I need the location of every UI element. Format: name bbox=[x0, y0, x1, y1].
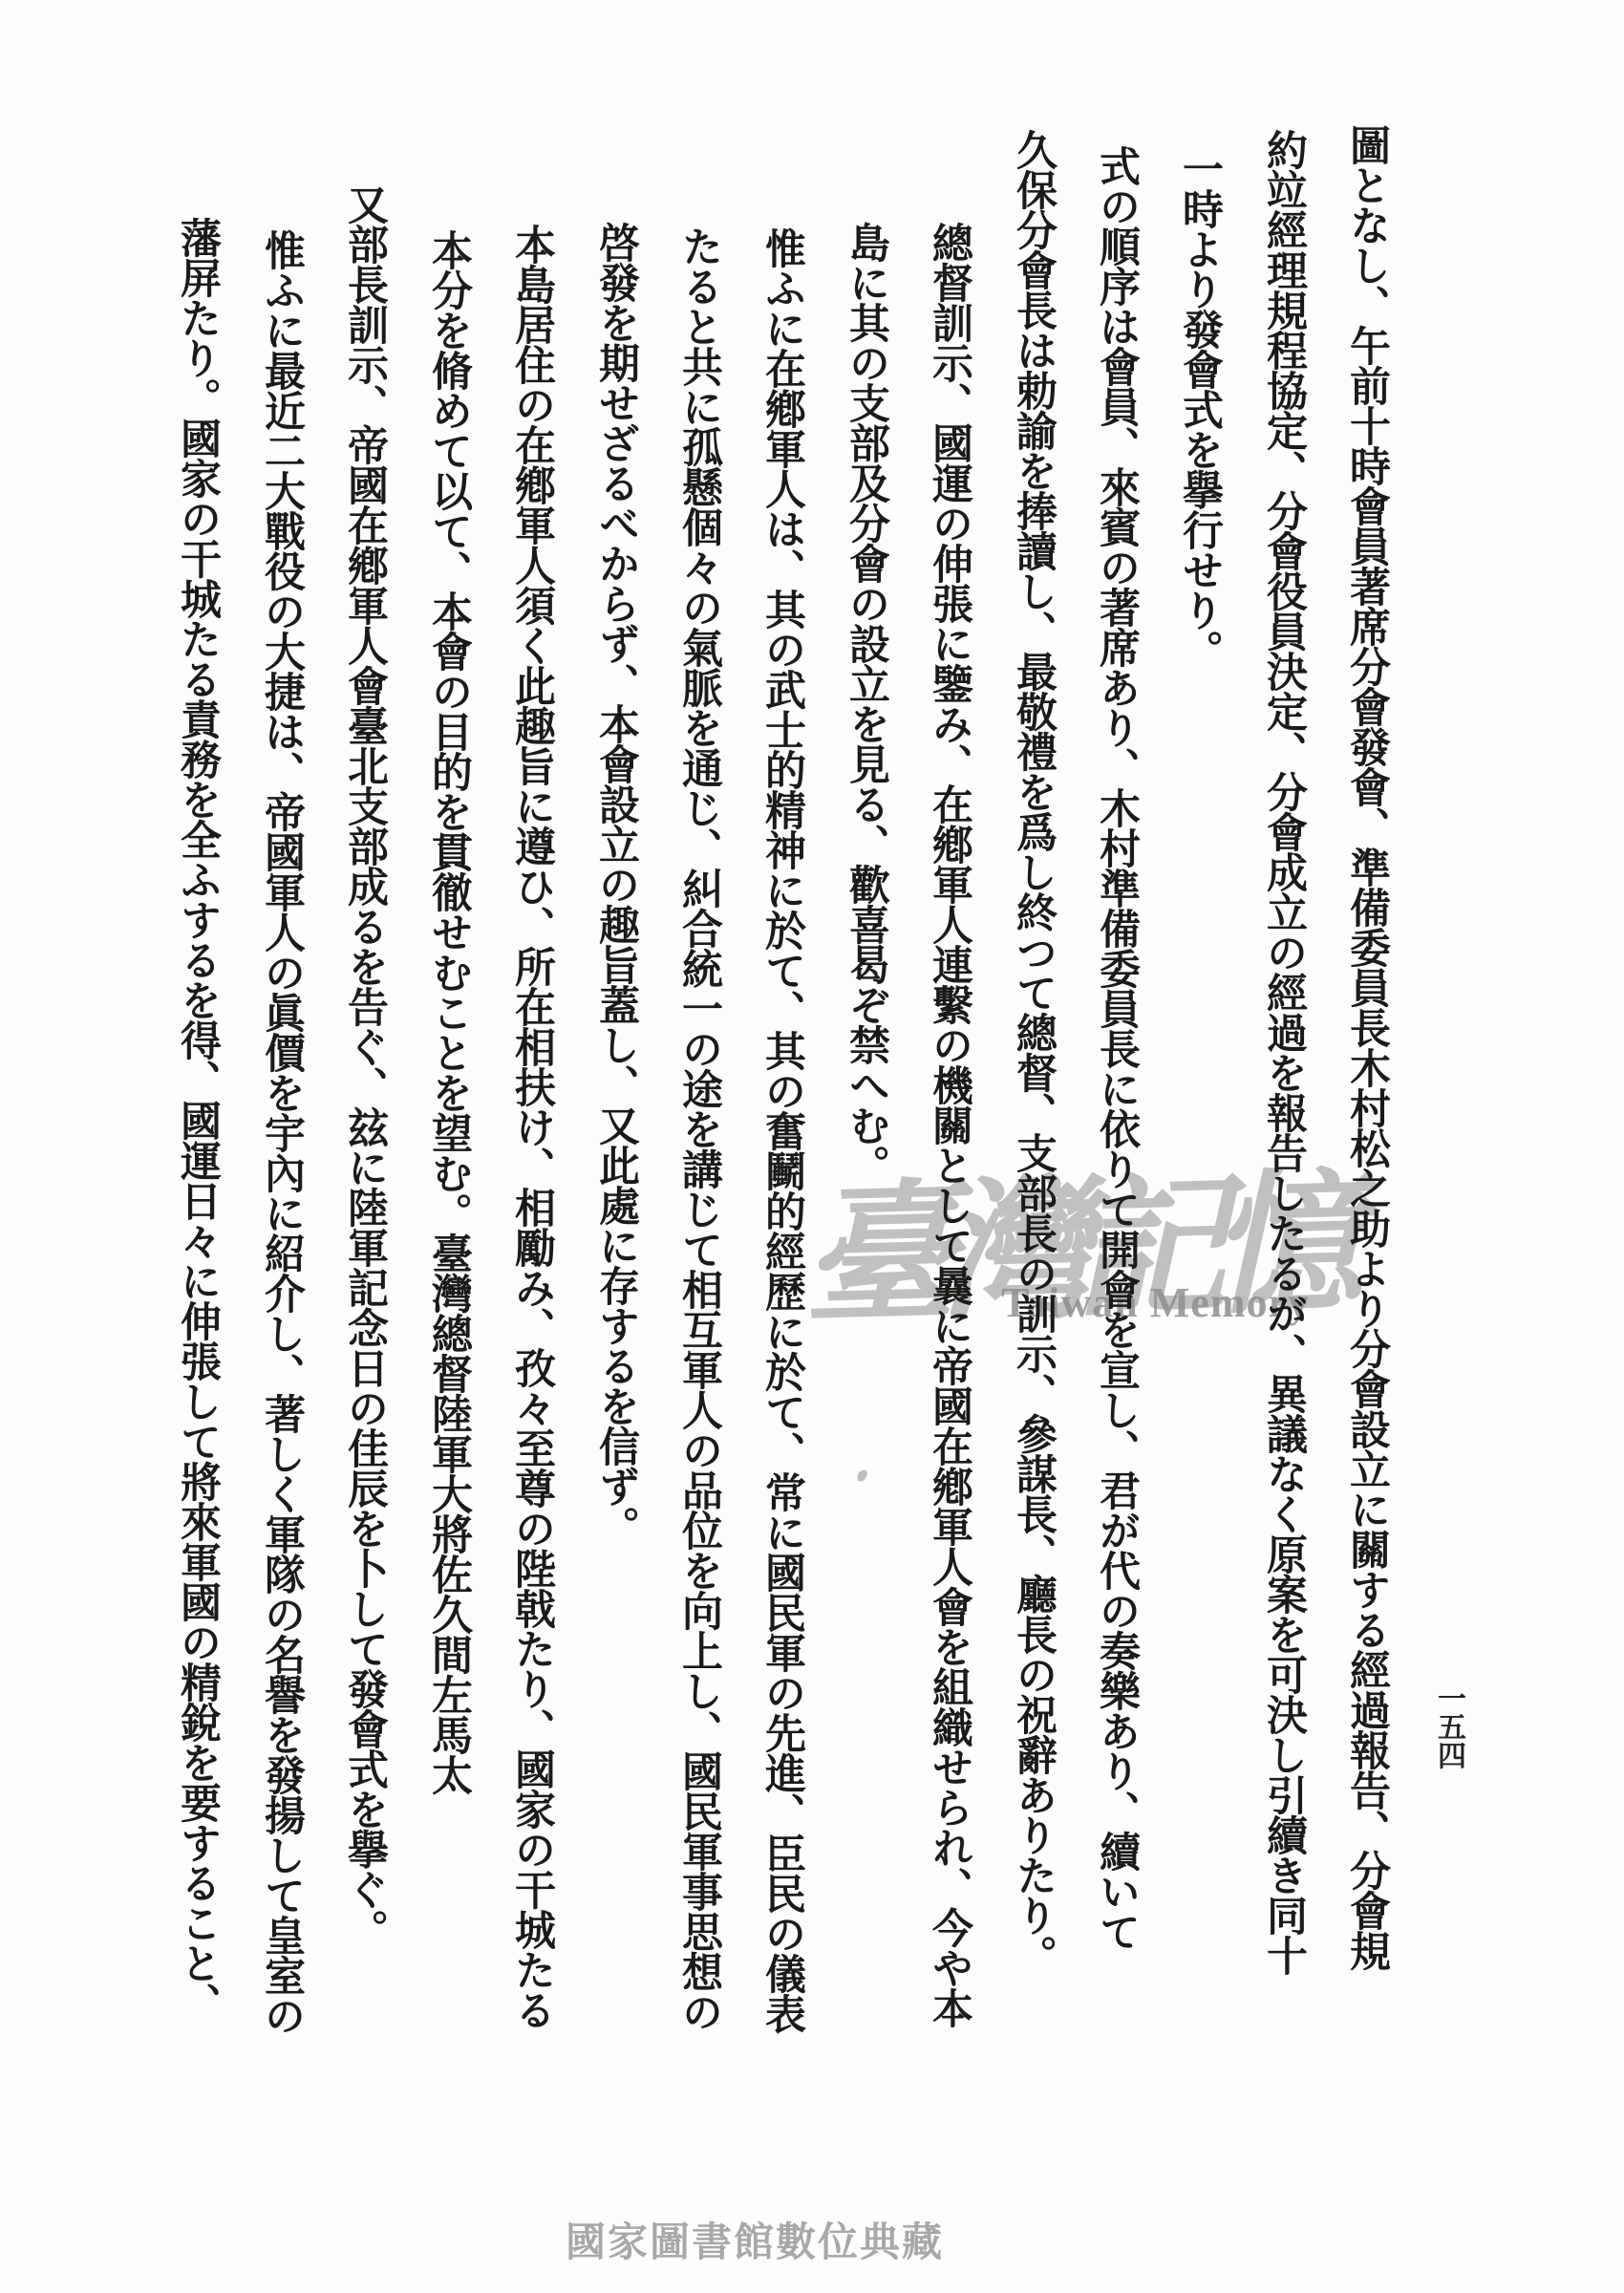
text-column-1: 圖となし、午前十時會員著席分會發會、準備委員長木村松之助より分會設立に關する經過… bbox=[1343, 124, 1389, 1970]
archive-footer-caption: 國家圖書館數位典藏 bbox=[535, 2218, 974, 2268]
text-column-2: 約竝經理規程協定、分會役員決定、分會成立の經過を報告したるが、異議なく原案を可決… bbox=[1260, 129, 1306, 1975]
text-column-4: 式の順序は會員、來賓の著席あり、木村準備委員長に依りて開會を宣し、君が代の奏樂あ… bbox=[1093, 145, 1139, 1951]
text-column-5: 久保分會長は勅諭を捧讀し、最敬禮を爲し終つて總督、支部長の訓示、參謀長、廳長の祝… bbox=[1010, 129, 1056, 1975]
text-column-3: 一時より發會式を擧行せり。 bbox=[1176, 148, 1222, 670]
text-column-15: 藩屏たり。國家の干城たる責務を全ふするを得、國運日々に伸張して將來軍國の精銳を要… bbox=[174, 217, 220, 2023]
text-column-11: 本島居住の在鄕軍人須く此趣旨に遵ひ、所在相扶け、相勵み、孜々至尊の陛戟たり、國家… bbox=[508, 224, 554, 2029]
text-column-7: 島に其の支部及分會の設立を見る、歡喜曷ぞ禁へむ。 bbox=[843, 222, 888, 1185]
text-column-14: 惟ふに最近二大戰役の大捷は、帝國軍人の眞價を宇內に紹介し、著しく軍隊の名譽を發揚… bbox=[258, 229, 304, 2035]
text-column-12: 本分を脩めて以て、本會の目的を貫徹せむことを望む。臺灣總督陸軍大將佐久間左馬太 bbox=[425, 229, 471, 1794]
text-column-10: 啓發を期せざるべからず、本會設立の趣旨蓋し、又此處に存するを信ず。 bbox=[592, 222, 638, 1546]
text-column-13: 又部長訓示、帝國在鄕軍人會臺北支部成るを告ぐ、玆に陸軍記念日の佳辰を卜して發會式… bbox=[341, 183, 387, 1949]
page-number: 一五四 bbox=[1427, 1683, 1469, 1769]
text-column-6: 總督訓示、國運の伸張に鑒み、在鄕軍人連繫の機關として曩に帝國在鄕軍人會を組織せら… bbox=[926, 222, 972, 2027]
scanned-document-page: 臺灣記憶 Taiwan Memory 圖となし、午前十時會員著席分會發會、準備委… bbox=[0, 0, 1624, 2293]
text-column-8: 惟ふに在鄕軍人は、其の武士的精神に於て、其の奮鬭的經歷に於て、常に國民軍の先進、… bbox=[759, 227, 804, 2033]
text-column-9: たると共に孤懸個々の氣脈を通じ、糾合統一の途を講じて相互軍人の品位を向上し、國民… bbox=[675, 225, 721, 2031]
ink-speck bbox=[856, 1468, 869, 1484]
